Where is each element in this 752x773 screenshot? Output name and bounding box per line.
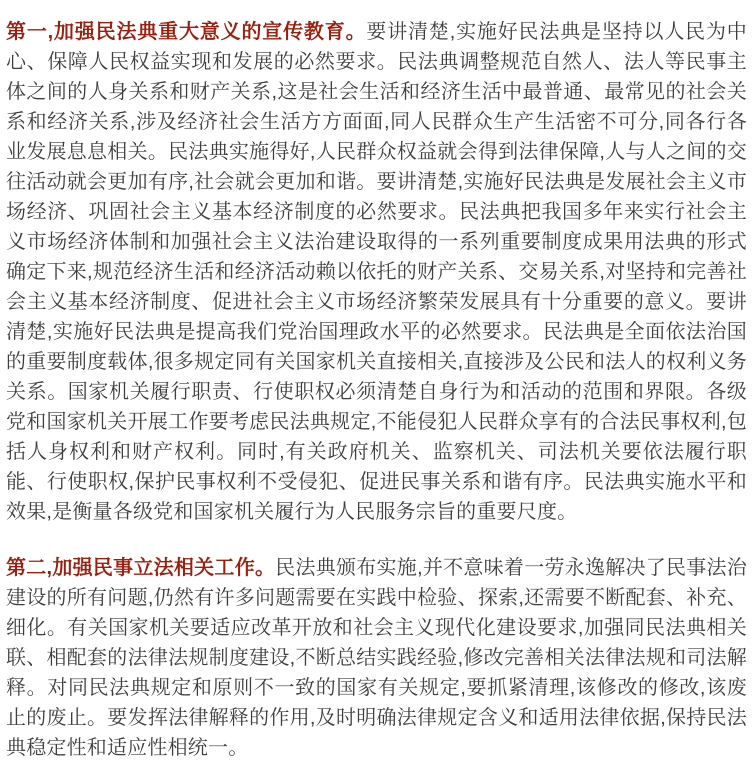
paragraph-first-point: 第一,加强民法典重大意义的宣传教育。要讲清楚,实施好民法典是坚持以人民为中心、保… — [6, 17, 747, 527]
document-page: 第一,加强民法典重大意义的宣传教育。要讲清楚,实施好民法典是坚持以人民为中心、保… — [0, 0, 752, 773]
paragraph-first-point-body: 要讲清楚,实施好民法典是坚持以人民为中心、保障人民权益实现和发展的必然要求。民法… — [6, 21, 747, 523]
paragraph-first-point-lead: 第一,加强民法典重大意义的宣传教育。 — [6, 21, 366, 43]
paragraph-second-point-body: 民法典颁布实施,并不意味着一劳永逸解决了民事法治建设的所有问题,仍然有许多问题需… — [6, 557, 747, 759]
paragraph-second-point-lead: 第二,加强民事立法相关工作。 — [6, 557, 275, 579]
paragraph-second-point: 第二,加强民事立法相关工作。民法典颁布实施,并不意味着一劳永逸解决了民事法治建设… — [6, 553, 747, 763]
